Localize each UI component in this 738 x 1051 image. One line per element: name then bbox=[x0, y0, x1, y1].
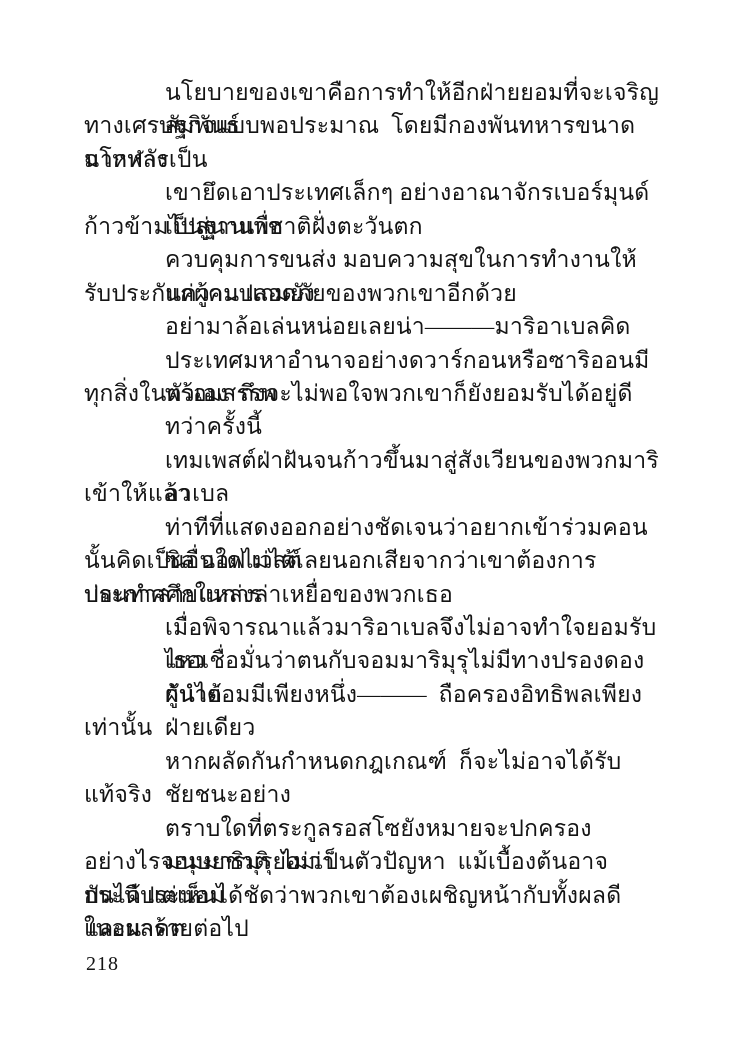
paragraph-first-line: ทว่าครั้งนี้ bbox=[84, 410, 662, 443]
paragraph-line: ก้าวข้ามไปสู่นานาชาติฝั่งตะวันตก bbox=[84, 210, 662, 243]
paragraph: ทว่าครั้งนี้ bbox=[84, 410, 662, 443]
paragraph-first-line: เธอเชื่อมั่นว่าตนกับจอมมาริมุรุไม่มีทางป… bbox=[84, 644, 662, 677]
paragraph-first-line: หากผลัดกันกำหนดกฎเกณฑ์ ก็จะไม่อาจได้รับช… bbox=[84, 745, 662, 778]
paragraph: เมื่อพิจารณาแล้วมาริอาเบลจึงไม่อาจทำใจยอ… bbox=[84, 611, 662, 644]
page-number: 218 bbox=[86, 950, 119, 978]
paragraph-first-line: เขายึดเอาประเทศเล็กๆ อย่างอาณาจักรเบอร์ม… bbox=[84, 176, 662, 209]
paragraph: ควบคุมการขนส่ง มอบความสุขในการทำงานให้แก… bbox=[84, 243, 662, 310]
paragraph-line: ทางเศรษฐกิจแบบพอประมาณ โดยมีกองพันทหารขน… bbox=[84, 109, 662, 142]
paragraph: เทมเพสต์ฝ่าฝันจนก้าวขึ้นมาสู่สังเวียนของ… bbox=[84, 444, 662, 511]
text-block: นโยบายของเขาคือการทำให้อีกฝ่ายยอมที่จะเจ… bbox=[84, 76, 662, 945]
paragraph-first-line: ท่าทีที่แสดงออกอย่างชัดเจนว่าอยากเข้าร่ว… bbox=[84, 511, 662, 544]
paragraph-first-line: ควบคุมการขนส่ง มอบความสุขในการทำงานให้แก… bbox=[84, 243, 662, 276]
page: นโยบายของเขาคือการทำให้อีกฝ่ายยอมที่จะเจ… bbox=[0, 0, 738, 1051]
paragraph-first-line: เมื่อพิจารณาแล้วมาริอาเบลจึงไม่อาจทำใจยอ… bbox=[84, 611, 662, 644]
book-page: { "document": { "paragraphs": [ [ "นโยบา… bbox=[0, 0, 738, 1051]
paragraph: เธอเชื่อมั่นว่าตนกับจอมมาริมุรุไม่มีทางป… bbox=[84, 644, 662, 677]
paragraph-first-line: เทมเพสต์ฝ่าฝันจนก้าวขึ้นมาสู่สังเวียนของ… bbox=[84, 444, 662, 477]
paragraph: ตราบใดที่ตระกูลรอสโซยังหมายจะปกครองมนุษย… bbox=[84, 812, 662, 946]
paragraph: เขายึดเอาประเทศเล็กๆ อย่างอาณาจักรเบอร์ม… bbox=[84, 176, 662, 243]
paragraph-line: กันได้ แต่เห็นได้ชัดว่าพวกเขาต้องเผชิญหน… bbox=[84, 879, 662, 912]
paragraph-line: ในอนาคต bbox=[84, 912, 662, 945]
paragraph: ท่าทีที่แสดงออกอย่างชัดเจนว่าอยากเข้าร่ว… bbox=[84, 511, 662, 611]
paragraph-line: อย่างไรจอมมาริมุรุย่อมเป็นตัวปัญหา แม้เบ… bbox=[84, 845, 662, 878]
paragraph-first-line: ตราบใดที่ตระกูลรอสโซยังหมายจะปกครองมนุษย… bbox=[84, 812, 662, 845]
paragraph-first-line: อย่ามาล้อเล่นหน่อยเลยน่า———มาริอาเบลคิด bbox=[84, 310, 662, 343]
paragraph-line: นั้นคิดเป็นอื่นใดไม่ได้เลยนอกเสียจากว่าเ… bbox=[84, 544, 662, 577]
paragraph: ผู้นำย่อมมีเพียงหนึ่ง——— ถือครองอิทธิพลเ… bbox=[84, 678, 662, 745]
paragraph-first-line: ประเทศมหาอำนาจอย่างดวาร์กอนหรือซาริออนมี… bbox=[84, 344, 662, 377]
paragraph-line: รับประกันความปลอดภัยของพวกเขาอีกด้วย bbox=[84, 277, 662, 310]
paragraph: หากผลัดกันกำหนดกฎเกณฑ์ ก็จะไม่อาจได้รับช… bbox=[84, 745, 662, 812]
paragraph-first-line: ผู้นำย่อมมีเพียงหนึ่ง——— ถือครองอิทธิพลเ… bbox=[84, 678, 662, 711]
paragraph-line: บ่อนทำลายแหล่งล่าเหยื่อของพวกเธอ bbox=[84, 578, 662, 611]
paragraph-line: เข้าให้แล้ว bbox=[84, 477, 662, 510]
paragraph: นโยบายของเขาคือการทำให้อีกฝ่ายยอมที่จะเจ… bbox=[84, 76, 662, 176]
paragraph-first-line: นโยบายของเขาคือการทำให้อีกฝ่ายยอมที่จะเจ… bbox=[84, 76, 662, 109]
paragraph-line: ทุกสิ่งในตัวเอง ถึงจะไม่พอใจพวกเขาก็ยังย… bbox=[84, 377, 662, 410]
paragraph: ประเทศมหาอำนาจอย่างดวาร์กอนหรือซาริออนมี… bbox=[84, 344, 662, 411]
paragraph: อย่ามาล้อเล่นหน่อยเลยน่า———มาริอาเบลคิด bbox=[84, 310, 662, 343]
